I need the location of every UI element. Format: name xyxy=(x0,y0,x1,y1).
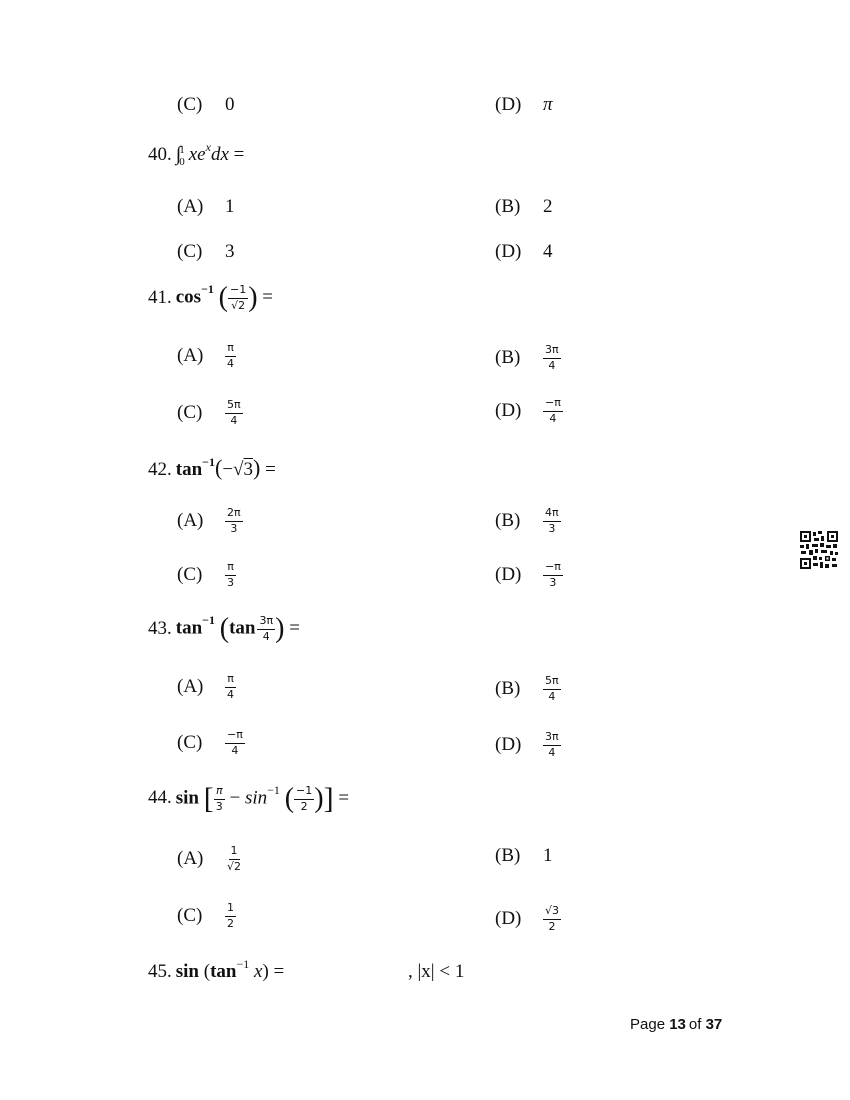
close-paren: ) xyxy=(248,282,257,313)
option-label: (C) xyxy=(177,564,225,586)
numerator: 4π xyxy=(543,507,561,522)
fraction: 3π4 xyxy=(543,344,561,372)
numerator: 2π xyxy=(225,507,243,522)
question-44: 44.sin [π3 − sin−1 (−12)] = xyxy=(148,784,349,814)
exponent: −1 xyxy=(267,783,280,797)
option-d: (D) −π3 xyxy=(495,561,563,589)
option-label: (C) xyxy=(177,241,225,263)
numerator: 5π xyxy=(225,399,243,414)
exponent: −1 xyxy=(202,455,215,469)
integrand: xe xyxy=(189,144,206,165)
function-name: cos xyxy=(176,287,201,308)
fraction: 12 xyxy=(225,902,236,930)
denominator: 3 xyxy=(214,800,225,814)
option-d: (D) 3π4 xyxy=(495,731,561,759)
option-c: (C) 12 xyxy=(177,902,236,930)
denominator: √2 xyxy=(229,299,247,313)
question-number: 41. xyxy=(148,287,172,308)
numerator: −π xyxy=(543,561,563,576)
denominator: 2 xyxy=(299,800,310,814)
open-paren: ( xyxy=(220,613,229,644)
option-d: (D) π xyxy=(495,94,553,116)
equals: = xyxy=(234,144,245,165)
qr-code-icon xyxy=(799,530,839,570)
denominator: 3 xyxy=(547,576,558,590)
close-bracket: ] xyxy=(324,782,334,815)
question-40: 40.∫10xexdx = xyxy=(148,143,244,168)
denominator: 4 xyxy=(546,359,557,373)
open-paren: ( xyxy=(219,282,228,313)
fraction: π3 xyxy=(214,785,225,813)
fraction: 3π4 xyxy=(257,615,275,643)
numerator: 1 xyxy=(225,902,236,917)
option-a: (A) 2π3 xyxy=(177,507,243,535)
option-label: (B) xyxy=(495,347,543,369)
numerator: 1 xyxy=(229,845,240,860)
fraction: π4 xyxy=(225,673,236,701)
option-a: (A) π4 xyxy=(177,673,236,701)
equals: = xyxy=(262,287,273,308)
option-d: (D) √32 xyxy=(495,905,561,933)
question-number: 44. xyxy=(148,787,172,808)
numerator: π xyxy=(225,561,236,576)
option-a: (A) π4 xyxy=(177,342,236,370)
function-name: sin xyxy=(176,787,199,808)
total-pages: 37 xyxy=(706,1016,723,1033)
minus: − xyxy=(230,787,241,808)
open-bracket: [ xyxy=(204,782,214,815)
option-b: (B) 1 xyxy=(495,845,553,867)
function-name: sin xyxy=(176,961,199,982)
option-a: (A) 1 xyxy=(177,196,235,218)
equals: = xyxy=(338,787,349,808)
close-paren: ) xyxy=(314,783,323,814)
exponent: x xyxy=(206,140,211,154)
option-label: (B) xyxy=(495,845,543,867)
option-label: (D) xyxy=(495,400,543,422)
fraction: −π3 xyxy=(543,561,563,589)
denominator: 4 xyxy=(546,746,557,760)
option-label: (A) xyxy=(177,196,225,218)
denominator: 2 xyxy=(547,920,558,934)
option-label: (B) xyxy=(495,510,543,532)
option-value: 1 xyxy=(543,845,553,867)
equals: = xyxy=(274,961,285,982)
option-c: (C) 3 xyxy=(177,241,235,263)
question-number: 43. xyxy=(148,618,172,639)
open-paren: ( xyxy=(285,783,294,814)
numerator: 5π xyxy=(543,675,561,690)
lower-limit: 0 xyxy=(179,156,185,168)
denominator: 4 xyxy=(261,630,272,644)
close-paren: ) xyxy=(253,455,260,480)
fraction: −π4 xyxy=(225,729,245,757)
denominator: 3 xyxy=(225,576,236,590)
page-indicator: Page 13of 37 xyxy=(630,1016,722,1033)
numerator: −1 xyxy=(228,284,248,299)
option-c: (C) 5π4 xyxy=(177,399,243,427)
of-label: of xyxy=(689,1016,702,1033)
denominator: 4 xyxy=(228,414,239,428)
question-number: 45. xyxy=(148,961,172,982)
fraction: π4 xyxy=(225,342,236,370)
option-label: (C) xyxy=(177,905,225,927)
fraction: 3π4 xyxy=(543,731,561,759)
equals: = xyxy=(289,618,300,639)
option-b: (B) 4π3 xyxy=(495,507,561,535)
equals: = xyxy=(265,459,276,480)
close-paren: ) xyxy=(262,961,268,982)
question-41: 41.cos−1 (−1√2) = xyxy=(148,284,273,312)
option-label: (D) xyxy=(495,908,543,930)
inner-function-name: sin xyxy=(245,787,267,808)
option-c: (C) 0 xyxy=(177,94,235,116)
fraction: 4π3 xyxy=(543,507,561,535)
option-label: (C) xyxy=(177,94,225,116)
option-b: (B) 3π4 xyxy=(495,344,561,372)
argument-prefix: −√ xyxy=(222,459,243,480)
denominator: 4 xyxy=(225,688,236,702)
question-45-condition: , |x| < 1 xyxy=(408,961,464,983)
numerator: −1 xyxy=(294,785,314,800)
numerator: 3π xyxy=(543,731,561,746)
option-value: π xyxy=(543,94,553,116)
option-value: 0 xyxy=(225,94,235,116)
question-45: 45.sin (tan−1 x) = xyxy=(148,961,284,983)
option-value: 1 xyxy=(225,196,235,218)
denominator: 3 xyxy=(228,522,239,536)
fraction: 2π3 xyxy=(225,507,243,535)
option-label: (A) xyxy=(177,510,225,532)
fraction: −1√2 xyxy=(228,284,248,312)
numerator: π xyxy=(214,785,225,800)
option-value: 3 xyxy=(225,241,235,263)
integral-limits: 10 xyxy=(179,144,185,168)
numerator: π xyxy=(225,673,236,688)
exponent: −1 xyxy=(236,957,249,971)
question-43: 43.tan−1 (tan3π4) = xyxy=(148,615,300,643)
option-b: (B) 2 xyxy=(495,196,553,218)
close-paren: ) xyxy=(275,613,284,644)
denominator: 4 xyxy=(546,690,557,704)
function-name: tan xyxy=(176,618,202,639)
option-d: (D) −π4 xyxy=(495,397,563,425)
option-label: (D) xyxy=(495,564,543,586)
differential: dx xyxy=(211,144,229,165)
option-label: (A) xyxy=(177,676,225,698)
fraction: 5π4 xyxy=(225,399,243,427)
numerator: 3π xyxy=(543,344,561,359)
inner-function-name: tan xyxy=(210,961,236,982)
option-d: (D) 4 xyxy=(495,241,553,263)
fraction: √32 xyxy=(543,905,561,933)
fraction: 5π4 xyxy=(543,675,561,703)
question-number: 42. xyxy=(148,459,172,480)
denominator: 4 xyxy=(225,357,236,371)
option-label: (A) xyxy=(177,345,225,367)
option-b: (B) 5π4 xyxy=(495,675,561,703)
numerator: √3 xyxy=(543,905,561,920)
option-c: (C) −π4 xyxy=(177,729,245,757)
fraction: 1√2 xyxy=(225,845,243,873)
numerator: −π xyxy=(225,729,245,744)
numerator: π xyxy=(225,342,236,357)
option-label: (C) xyxy=(177,732,225,754)
option-label: (D) xyxy=(495,241,543,263)
option-label: (B) xyxy=(495,678,543,700)
option-label: (A) xyxy=(177,848,225,870)
numerator: 3π xyxy=(257,615,275,630)
option-label: (D) xyxy=(495,734,543,756)
fraction: −π4 xyxy=(543,397,563,425)
inner-function-name: tan xyxy=(229,618,255,639)
option-label: (B) xyxy=(495,196,543,218)
numerator: −π xyxy=(543,397,563,412)
option-c: (C) π3 xyxy=(177,561,236,589)
option-value: 4 xyxy=(543,241,553,263)
option-label: (C) xyxy=(177,402,225,424)
denominator: 4 xyxy=(229,744,240,758)
argument: 3 xyxy=(243,459,253,480)
question-42: 42.tan−1(−√3) = xyxy=(148,455,276,481)
fraction: π3 xyxy=(225,561,236,589)
page-label: Page xyxy=(630,1016,665,1033)
upper-limit: 1 xyxy=(179,144,185,156)
exponent: −1 xyxy=(202,613,215,627)
denominator: 4 xyxy=(547,412,558,426)
current-page: 13 xyxy=(669,1016,686,1033)
option-value: 2 xyxy=(543,196,553,218)
function-name: tan xyxy=(176,459,202,480)
denominator: √2 xyxy=(225,860,243,874)
fraction: −12 xyxy=(294,785,314,813)
exponent: −1 xyxy=(201,282,214,296)
denominator: 3 xyxy=(546,522,557,536)
option-label: (D) xyxy=(495,94,543,116)
question-number: 40. xyxy=(148,144,172,165)
option-a: (A) 1√2 xyxy=(177,845,243,873)
denominator: 2 xyxy=(225,917,236,931)
